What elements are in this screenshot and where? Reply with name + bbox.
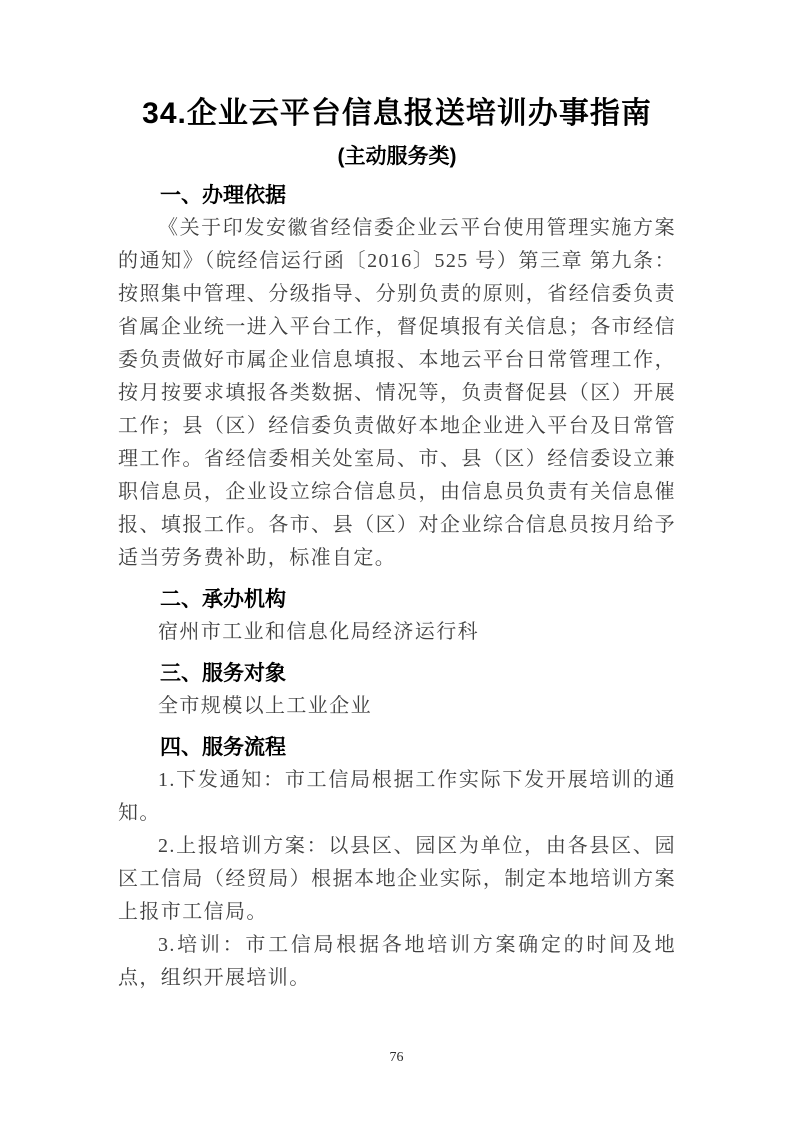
document-page: 34.企业云平台信息报送培训办事指南 (主动服务类) 一、办理依据 《关于印发安…: [0, 0, 793, 1122]
document-subtitle: (主动服务类): [118, 143, 676, 171]
section-heading-process: 四、服务流程: [118, 731, 676, 764]
paragraph-process-step-2: 2.上报培训方案：以县区、园区为单位，由各县区、园区工信局（经贸局）根据本地企业…: [118, 830, 676, 929]
paragraph-process-step-1: 1.下发通知：市工信局根据工作实际下发开展培训的通知。: [118, 764, 676, 830]
paragraph-undertaker: 宿州市工业和信息化局经济运行科: [118, 616, 676, 649]
paragraph-process-step-3: 3.培训：市工信局根据各地培训方案确定的时间及地点，组织开展培训。: [118, 929, 676, 995]
paragraph-basis: 《关于印发安徽省经信委企业云平台使用管理实施方案的通知》（皖经信运行函〔2016…: [118, 212, 676, 575]
document-title: 34.企业云平台信息报送培训办事指南: [118, 94, 676, 134]
section-heading-target: 三、服务对象: [118, 657, 676, 690]
section-heading-basis: 一、办理依据: [118, 179, 676, 212]
section-heading-undertaker: 二、承办机构: [118, 583, 676, 616]
paragraph-target: 全市规模以上工业企业: [118, 690, 676, 723]
page-number: 76: [0, 1050, 793, 1066]
